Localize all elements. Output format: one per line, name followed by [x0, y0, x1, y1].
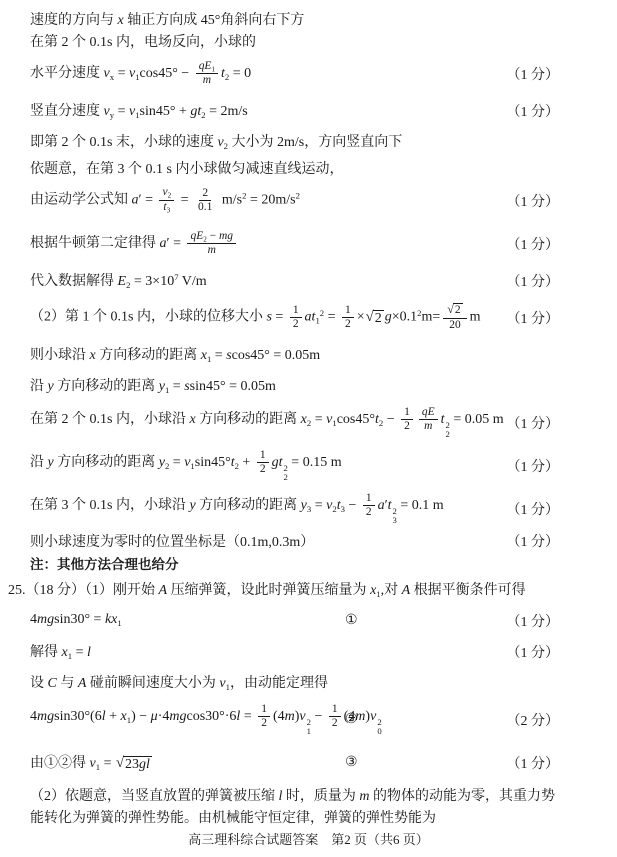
line-content: 则小球速度为零时的位置坐标是（0.1m,0.3m） [30, 531, 314, 551]
line-content: 在第 2 个 0.1s 内，电场反向，小球的 [30, 31, 256, 51]
line-content: 在第 3 个 0.1s 内，小球沿 y 方向移动的距离 y3 = v2t3 − … [30, 492, 444, 524]
equation-number: ① [345, 612, 358, 629]
answer-lines-container: 速度的方向与 x 轴正方向成 45°角斜向右下方在第 2 个 0.1s 内，电场… [0, 8, 617, 828]
line-content: 解得 x1 = l [30, 641, 91, 661]
answer-line: 即第 2 个 0.1s 末，小球的速度 v2 大小为 2m/s，方向竖直向下 [0, 126, 617, 157]
score-label: （1 分） [507, 753, 560, 773]
line-content: 4mgsin30° = kx1 [30, 612, 122, 628]
answer-line: 由①②得 v1 = √23gl③（1 分） [0, 741, 617, 784]
line-content: 能转化为弹簧的弹性势能。由机械能守恒定律，弹簧的弹性势能为 [30, 807, 436, 827]
answer-line: 则小球速度为零时的位置坐标是（0.1m,0.3m）（1 分） [0, 530, 617, 552]
score-label: （1 分） [507, 456, 560, 476]
answer-line: （2）依题意，当竖直放置的弹簧被压缩 l 时，质量为 m 的物体的动能为零，其重… [0, 784, 617, 806]
line-content: 注：其他方法合理也给分 [30, 553, 179, 573]
exam-answer-page: 速度的方向与 x 轴正方向成 45°角斜向右下方在第 2 个 0.1s 内，电场… [0, 0, 617, 857]
line-content: 设 C 与 A 碰前瞬间速度大小为 v1，由动能定理得 [30, 672, 328, 692]
equation-number: ② [345, 711, 358, 728]
line-content: 沿 y 方向移动的距离 y1 = ssin45° = 0.05m [30, 375, 276, 395]
score-label: （1 分） [507, 642, 560, 662]
line-content: 由①②得 v1 = √23gl [30, 752, 153, 774]
score-label: （1 分） [507, 64, 560, 84]
line-content: 依题意，在第 3 个 0.1 s 内小球做匀减速直线运动， [30, 158, 343, 178]
answer-line: 设 C 与 A 碰前瞬间速度大小为 v1，由动能定理得 [0, 667, 617, 698]
answer-line: 沿 y 方向移动的距离 y1 = ssin45° = 0.05m [0, 370, 617, 401]
line-content: 由运动学公式知 a′ = v2t3 = 20.1 m/s2 = 20m/s2 [30, 186, 300, 214]
answer-line: 解得 x1 = l（1 分） [0, 636, 617, 667]
line-content: 在第 2 个 0.1s 内，小球沿 x 方向移动的距离 x2 = v1cos45… [30, 406, 504, 438]
line-content: 根据牛顿第二定律得 a′ = qE2 − mgm [30, 230, 239, 258]
answer-line: 在第 2 个 0.1s 内，电场反向，小球的 [0, 30, 617, 52]
line-content: 沿 y 方向移动的距离 y2 = v1sin45°t2 + 12gt22 = 0… [30, 449, 342, 481]
answer-line: 4mgsin30°(6l + x1) − μ·4mgcos30°·6l = 12… [0, 698, 617, 741]
score-label: （1 分） [507, 308, 560, 328]
answer-line: 速度的方向与 x 轴正方向成 45°角斜向右下方 [0, 8, 617, 30]
answer-line: （2）第 1 个 0.1s 内，小球的位移大小 s = 12at12 = 12×… [0, 296, 617, 339]
answer-line: 25.（18 分）（1）刚开始 A 压缩弹簧，设此时弹簧压缩量为 x1,对 A … [0, 574, 617, 605]
score-label: （1 分） [507, 499, 560, 519]
line-content: 4mgsin30°(6l + x1) − μ·4mgcos30°·6l = 12… [30, 703, 382, 735]
line-content: （2）依题意，当竖直放置的弹簧被压缩 l 时，质量为 m 的物体的动能为零，其重… [30, 785, 555, 805]
answer-line: 竖直分速度 vy = v1sin45° + gt2 = 2m/s（1 分） [0, 95, 617, 126]
answer-line: 在第 3 个 0.1s 内，小球沿 y 方向移动的距离 y3 = v2t3 − … [0, 487, 617, 530]
line-content: 竖直分速度 vy = v1sin45° + gt2 = 2m/s [30, 100, 248, 120]
score-label: （1 分） [507, 101, 560, 121]
score-label: （1 分） [507, 611, 560, 631]
answer-line: 能转化为弹簧的弹性势能。由机械能守恒定律，弹簧的弹性势能为 [0, 806, 617, 828]
score-label: （1 分） [507, 413, 560, 433]
score-label: （2 分） [507, 710, 560, 730]
answer-line: 代入数据解得 E2 = 3×107 V/m（1 分） [0, 265, 617, 296]
line-content: 即第 2 个 0.1s 末，小球的速度 v2 大小为 2m/s，方向竖直向下 [30, 131, 402, 151]
line-content: （2）第 1 个 0.1s 内，小球的位移大小 s = 12at12 = 12×… [30, 303, 481, 332]
equation-number: ③ [345, 754, 358, 771]
answer-line: 根据牛顿第二定律得 a′ = qE2 − mgm（1 分） [0, 222, 617, 265]
line-content: 25.（18 分）（1）刚开始 A 压缩弹簧，设此时弹簧压缩量为 x1,对 A … [8, 579, 526, 599]
score-label: （1 分） [507, 271, 560, 291]
answer-line: 依题意，在第 3 个 0.1 s 内小球做匀减速直线运动， [0, 157, 617, 179]
line-content: 水平分速度 vx = v1cos45° − qE1mt2 = 0 [30, 60, 251, 88]
answer-line: 4mgsin30° = kx1①（1 分） [0, 605, 617, 636]
answer-line: 由运动学公式知 a′ = v2t3 = 20.1 m/s2 = 20m/s2（1… [0, 179, 617, 222]
answer-line: 则小球沿 x 方向移动的距离 x1 = scos45° = 0.05m [0, 339, 617, 370]
score-label: （1 分） [507, 191, 560, 211]
score-label: （1 分） [507, 531, 560, 551]
answer-line: 沿 y 方向移动的距离 y2 = v1sin45°t2 + 12gt22 = 0… [0, 444, 617, 487]
line-content: 代入数据解得 E2 = 3×107 V/m [30, 270, 207, 290]
answer-line: 水平分速度 vx = v1cos45° − qE1mt2 = 0（1 分） [0, 52, 617, 95]
score-label: （1 分） [507, 234, 560, 254]
answer-line: 注：其他方法合理也给分 [0, 552, 617, 574]
line-content: 则小球沿 x 方向移动的距离 x1 = scos45° = 0.05m [30, 344, 320, 364]
page-footer: 高三理科综合试题答案 第2 页（共6 页） [0, 829, 617, 848]
line-content: 速度的方向与 x 轴正方向成 45°角斜向右下方 [30, 9, 304, 29]
answer-line: 在第 2 个 0.1s 内，小球沿 x 方向移动的距离 x2 = v1cos45… [0, 401, 617, 444]
